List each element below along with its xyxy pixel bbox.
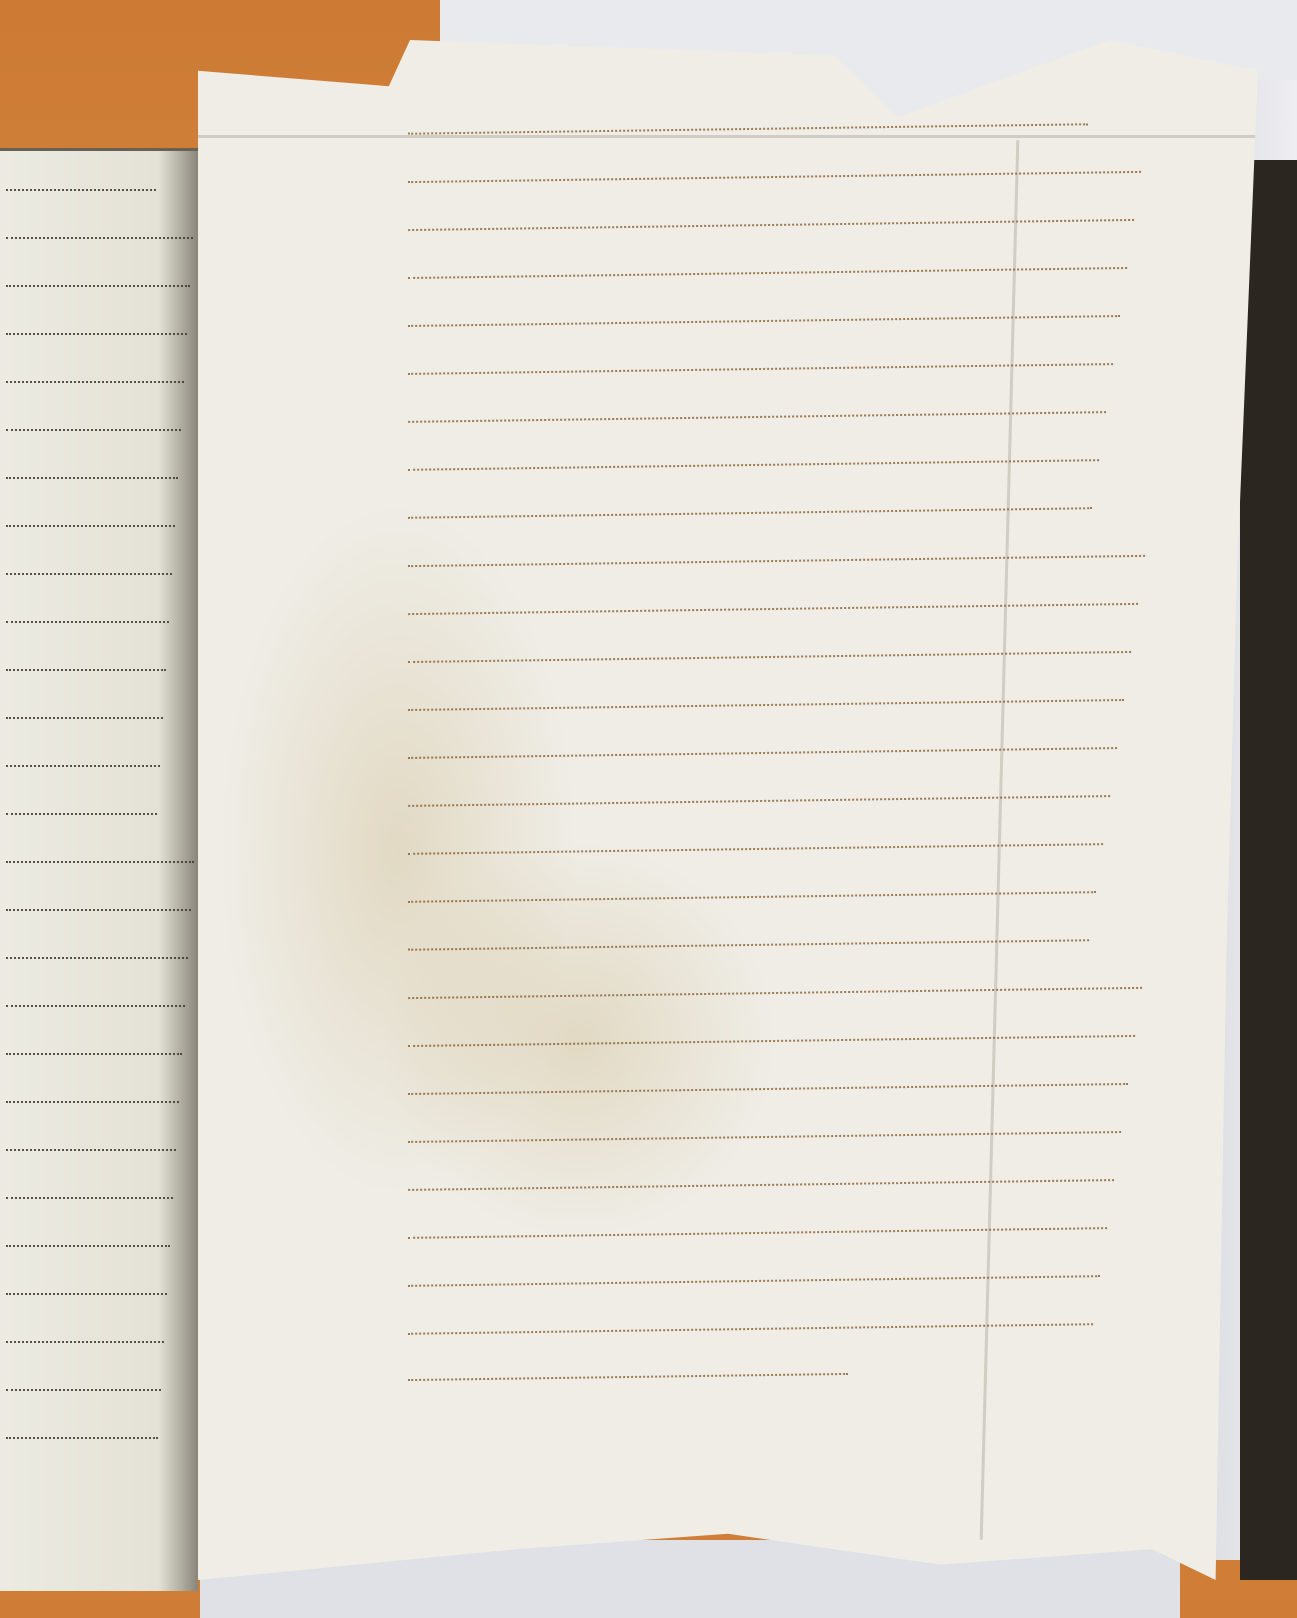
handwriting-line bbox=[6, 651, 166, 671]
handwriting-line bbox=[408, 105, 1088, 134]
handwriting-line bbox=[6, 1371, 161, 1391]
handwriting-line bbox=[408, 1355, 848, 1381]
handwriting-line bbox=[6, 843, 194, 863]
handwriting-line bbox=[6, 1083, 179, 1103]
handwriting-line bbox=[408, 249, 1127, 279]
handwriting-line bbox=[6, 363, 184, 383]
handwriting-line bbox=[408, 393, 1106, 423]
handwriting-line bbox=[6, 267, 190, 287]
handwriting-line bbox=[408, 1305, 1093, 1335]
handwriting-line bbox=[6, 987, 185, 1007]
handwriting-line bbox=[6, 555, 172, 575]
handwriting-line bbox=[6, 1179, 173, 1199]
handwriting-line bbox=[408, 345, 1113, 375]
handwriting-line bbox=[6, 171, 156, 191]
book-cover bbox=[1240, 160, 1297, 1580]
fold-crease bbox=[198, 135, 1258, 138]
handwriting-line bbox=[6, 1227, 170, 1247]
handwriting-line bbox=[6, 795, 157, 815]
handwriting-line bbox=[6, 1323, 164, 1343]
handwriting-line bbox=[6, 219, 193, 239]
handwriting-line bbox=[6, 411, 181, 431]
handwriting-line bbox=[6, 747, 160, 767]
handwriting-line bbox=[6, 1419, 158, 1439]
handwriting-line bbox=[408, 153, 1141, 183]
main-manuscript-page bbox=[198, 40, 1258, 1580]
handwriting-line bbox=[408, 1257, 1100, 1287]
handwriting-line bbox=[6, 891, 191, 911]
handwriting-line bbox=[408, 441, 1099, 471]
left-manuscript-page bbox=[0, 148, 198, 1591]
handwriting-line bbox=[6, 507, 175, 527]
handwriting-line bbox=[6, 459, 178, 479]
handwriting-line bbox=[6, 603, 169, 623]
handwriting-line bbox=[6, 1131, 176, 1151]
handwriting-line bbox=[6, 1275, 167, 1295]
handwriting-line bbox=[6, 939, 188, 959]
handwriting-line bbox=[408, 489, 1092, 519]
handwriting-line bbox=[6, 1035, 182, 1055]
handwriting-line bbox=[6, 699, 163, 719]
handwriting-line bbox=[408, 537, 1145, 567]
handwriting-line bbox=[408, 201, 1134, 231]
handwriting-line bbox=[6, 315, 187, 335]
